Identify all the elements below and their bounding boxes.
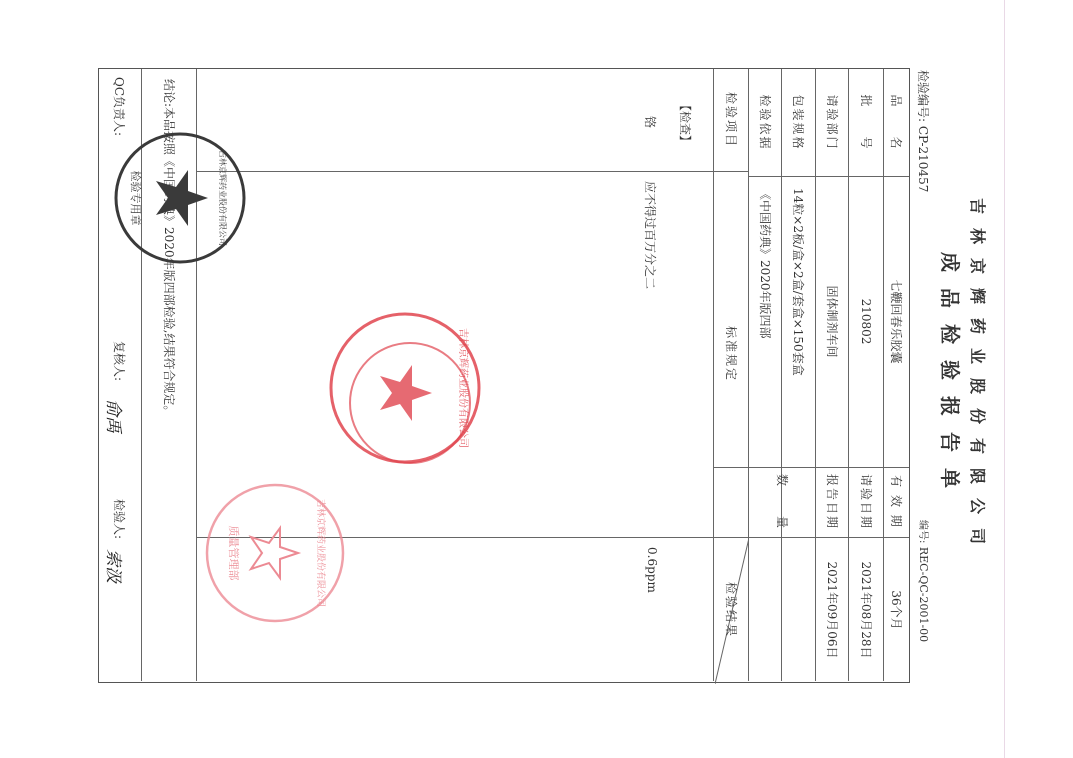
document-number: 编号: REC-QC-2001-00 bbox=[917, 520, 932, 642]
section-heading: 【检查】 bbox=[677, 99, 694, 147]
report-date-label: 报告日期 bbox=[816, 467, 849, 537]
inspection-number-label: 检验编号: bbox=[916, 70, 930, 122]
report-date-value: 2021年09月06日 bbox=[816, 537, 849, 683]
item-column-header: 检验项目 bbox=[714, 69, 749, 171]
inspector-signature: 索汲 bbox=[103, 549, 128, 583]
inspector-label: 检验人: bbox=[111, 499, 128, 539]
company-title: 吉林京辉药业股份有限公司 bbox=[967, 68, 990, 688]
request-date-label: 请验日期 bbox=[849, 467, 884, 537]
item-result: 0.6ppm bbox=[645, 547, 659, 593]
qc-manager-label: QC负责人: bbox=[111, 77, 128, 136]
col-line bbox=[197, 171, 749, 172]
result-column-header: 检验结果 bbox=[714, 537, 749, 683]
basis-value: 《中国药典》2020年版四部 bbox=[749, 176, 782, 467]
document-number-value: REC-QC-2001-00 bbox=[917, 547, 930, 642]
batch-label: 批 号 bbox=[849, 69, 884, 176]
report-table: 品 名 七鞭回春乐胶囊 有 效 期 36个月 批 号 210802 请验日期 2… bbox=[98, 68, 910, 683]
reviewer-label: 复核人: bbox=[111, 341, 128, 381]
packaging-label: 包装规格 bbox=[782, 69, 816, 176]
quantity-label: 数 量 bbox=[749, 467, 816, 537]
inspection-number-value: CP-210457 bbox=[916, 126, 930, 192]
inspection-report-page: 吉林京辉药业股份有限公司 成品检验报告单 检验编号: CP-210457 编号:… bbox=[90, 68, 1010, 688]
quantity-value bbox=[749, 537, 816, 683]
basis-label: 检验依据 bbox=[749, 69, 782, 176]
item-name: 铬 bbox=[642, 116, 659, 128]
product-name-label: 品 名 bbox=[884, 69, 909, 176]
packaging-value: 14粒×2板/盒×2盒/套盒×150套盒 bbox=[782, 176, 816, 467]
department-label: 请验部门 bbox=[816, 69, 849, 176]
inspection-number: 检验编号: CP-210457 bbox=[915, 70, 932, 192]
report-title: 成品检验报告单 bbox=[937, 68, 966, 688]
validity-value: 36个月 bbox=[884, 537, 909, 683]
department-value: 固体制剂车间 bbox=[816, 176, 849, 467]
batch-value: 210802 bbox=[849, 176, 884, 467]
document-number-label: 编号: bbox=[917, 520, 928, 543]
conclusion-label: 结论: bbox=[161, 79, 178, 107]
col-line bbox=[197, 537, 749, 538]
conclusion-row: 结论: 本品按照《中国药典》2020年版四部检验,结果符合规定。 bbox=[142, 69, 197, 684]
product-name-value: 七鞭回春乐胶囊 bbox=[884, 176, 909, 467]
signature-row: QC负责人: 复核人: 俞禹 检验人: 索汲 bbox=[97, 69, 142, 684]
conclusion-text: 本品按照《中国药典》2020年版四部检验,结果符合规定。 bbox=[161, 107, 178, 417]
request-date-value: 2021年08月28日 bbox=[849, 537, 884, 683]
standard-column-header: 标准规定 bbox=[714, 171, 749, 537]
validity-label: 有 效 期 bbox=[884, 467, 909, 537]
reviewer-signature: 俞禹 bbox=[103, 399, 128, 433]
item-standard: 应不得过百万分之二 bbox=[642, 181, 659, 289]
